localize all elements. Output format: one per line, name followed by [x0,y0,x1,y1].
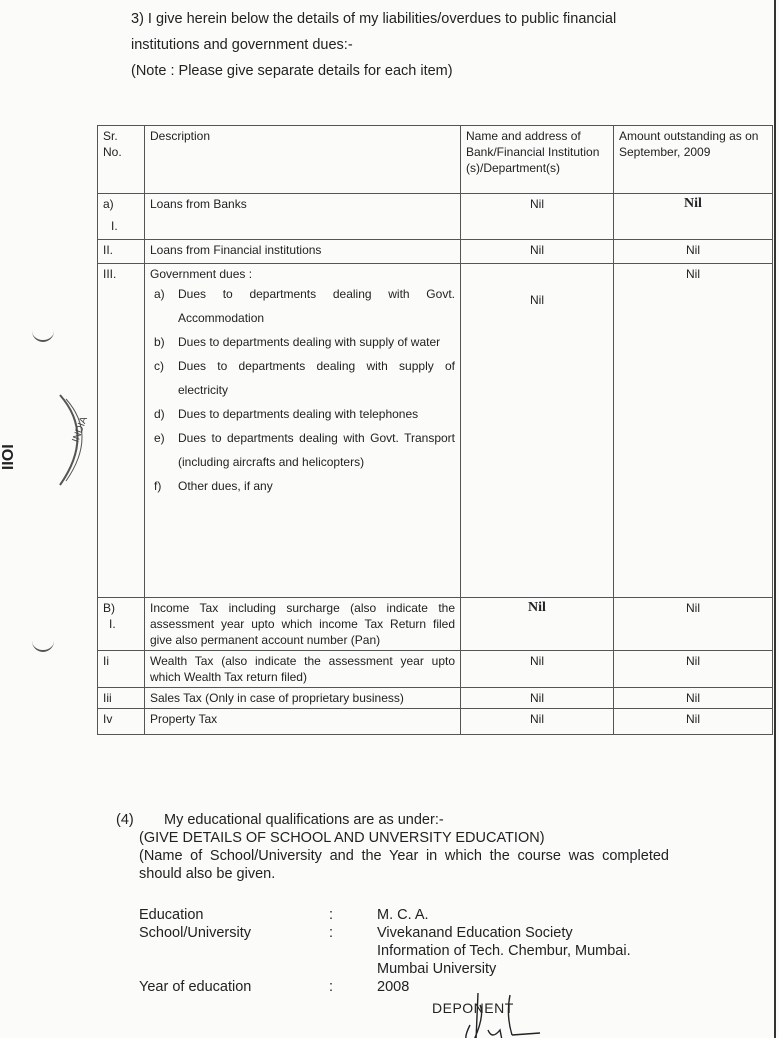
table-row: B) I. Income Tax including surcharge (al… [98,598,773,651]
row-amount: Nil [614,194,773,240]
row-bank: Nil [461,709,614,735]
item-marker: e) [150,426,178,474]
item-text: Dues to departments dealing with telepho… [178,402,455,426]
government-dues-item: c)Dues to departments dealing with suppl… [150,354,455,402]
row-amount: Nil [614,709,773,735]
liabilities-table: Sr. No. Description Name and address of … [97,125,773,735]
row-bank: Nil [461,651,614,688]
row-desc: Government dues : a)Dues to departments … [145,264,461,598]
field-label: Year of education [139,978,329,996]
field-label: School/University [139,924,329,978]
sr-sub-label: I. [103,616,139,632]
row-bank: Nil [461,240,614,264]
table-row: Iii Sales Tax (Only in case of proprieta… [98,688,773,709]
row-sr: III. [98,264,145,598]
table-row: Iv Property Tax Nil Nil [98,709,773,735]
government-dues-list: a)Dues to departments dealing with Govt.… [150,282,455,498]
section-note: (Name of School/University and the Year … [116,847,669,883]
table-row: a) I. Loans from Banks Nil Nil [98,194,773,240]
government-dues-item: a)Dues to departments dealing with Govt.… [150,282,455,330]
field-value: M. C. A. [377,906,697,924]
row-desc: Wealth Tax (also indicate the assessment… [145,651,461,688]
section-heading: (4) My educational qualifications are as… [116,811,669,829]
school-line-1: Vivekanand Education Society [377,924,697,942]
row-desc: Sales Tax (Only in case of proprietary b… [145,688,461,709]
row-sr: B) I. [98,598,145,651]
row-sr: Ii [98,651,145,688]
row-sr: Iii [98,688,145,709]
item-text: Other dues, if any [178,474,455,498]
field-colon: : [329,924,377,978]
section-title: My educational qualifications are as und… [164,811,444,829]
row-amount: Nil [614,240,773,264]
row-bank: Nil [461,598,614,651]
signature-icon [440,985,550,1038]
sr-label: a) [103,196,139,212]
sr-label: B) [103,600,139,616]
row-bank: Nil [461,194,614,240]
row-sr: II. [98,240,145,264]
government-dues-item: d)Dues to departments dealing with telep… [150,402,455,426]
section-instruction: (GIVE DETAILS OF SCHOOL AND UNVERSITY ED… [116,829,669,847]
item-text: Dues to departments dealing with Govt. T… [178,426,455,474]
year-field: Year of education : 2008 [139,978,697,996]
field-label: Education [139,906,329,924]
stamp-fragment-text: IIOI [0,444,18,470]
row-sr: Iv [98,709,145,735]
row-amount: Nil [614,688,773,709]
item-marker: b) [150,330,178,354]
header-amount: Amount outstanding as on September, 2009 [614,126,773,194]
education-details: Education : M. C. A. School/University :… [139,906,697,996]
row-desc: Loans from Financial institutions [145,240,461,264]
header-bank-name: Name and address of Bank/Financial Insti… [461,126,614,194]
item-text: Dues to departments dealing with supply … [178,330,455,354]
row-desc: Income Tax including surcharge (also ind… [145,598,461,651]
intro-line-2: institutions and government dues:- [131,32,711,58]
row-bank: Nil [461,688,614,709]
education-field: Education : M. C. A. [139,906,697,924]
item-marker: f) [150,474,178,498]
punch-hole-mark [32,330,54,342]
government-dues-item: f)Other dues, if any [150,474,455,498]
field-colon: : [329,978,377,996]
table-row: III. Government dues : a)Dues to departm… [98,264,773,598]
liabilities-intro: 3) I give herein below the details of my… [131,6,711,84]
row-sr: a) I. [98,194,145,240]
sr-sub-label: I. [103,218,139,234]
item-text: Dues to departments dealing with supply … [178,354,455,402]
item-marker: c) [150,354,178,402]
item-marker: a) [150,282,178,330]
row-amount: Nil [614,598,773,651]
punch-hole-mark [32,640,54,652]
school-field: School/University : Vivekanand Education… [139,924,697,978]
section-number: (4) [116,811,164,829]
government-dues-title: Government dues : [150,266,455,282]
table-header-row: Sr. No. Description Name and address of … [98,126,773,194]
row-desc: Loans from Banks [145,194,461,240]
page-edge [774,0,776,1038]
header-sr-no: Sr. No. [98,126,145,194]
table-row: II. Loans from Financial institutions Ni… [98,240,773,264]
header-description: Description [145,126,461,194]
government-dues-item: e)Dues to departments dealing with Govt.… [150,426,455,474]
education-section: (4) My educational qualifications are as… [116,811,669,883]
row-desc: Property Tax [145,709,461,735]
intro-note: (Note : Please give separate details for… [131,58,711,84]
bank-value: Nil [466,292,608,308]
item-text: Dues to departments dealing with Govt. A… [178,282,455,330]
intro-line-1: 3) I give herein below the details of my… [131,6,711,32]
item-marker: d) [150,402,178,426]
school-line-3: Mumbai University [377,960,697,978]
field-colon: : [329,906,377,924]
table-row: Ii Wealth Tax (also indicate the assessm… [98,651,773,688]
field-value: Vivekanand Education Society Information… [377,924,697,978]
school-line-2: Information of Tech. Chembur, Mumbai. [377,942,697,960]
row-amount: Nil [614,651,773,688]
row-bank: Nil [461,264,614,598]
government-dues-item: b)Dues to departments dealing with suppl… [150,330,455,354]
row-amount: Nil [614,264,773,598]
